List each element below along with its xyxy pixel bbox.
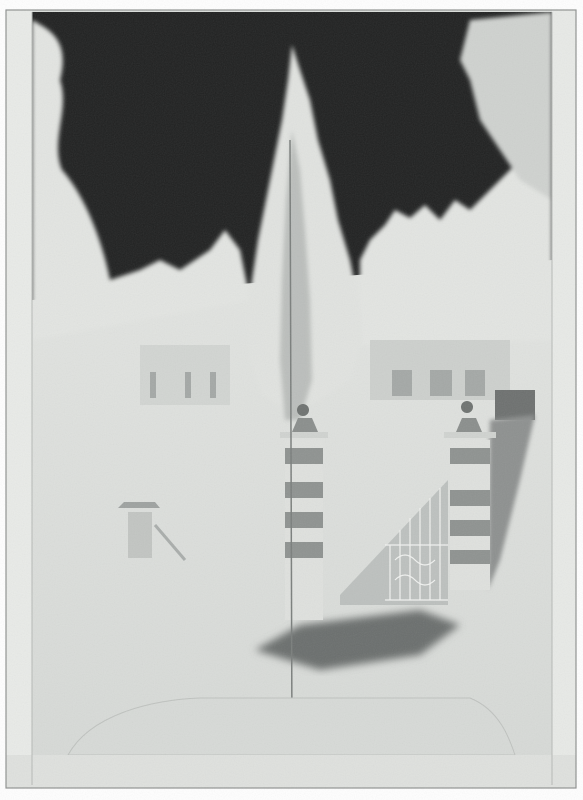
- negative-photograph: [0, 0, 583, 800]
- film-grain: [6, 10, 576, 788]
